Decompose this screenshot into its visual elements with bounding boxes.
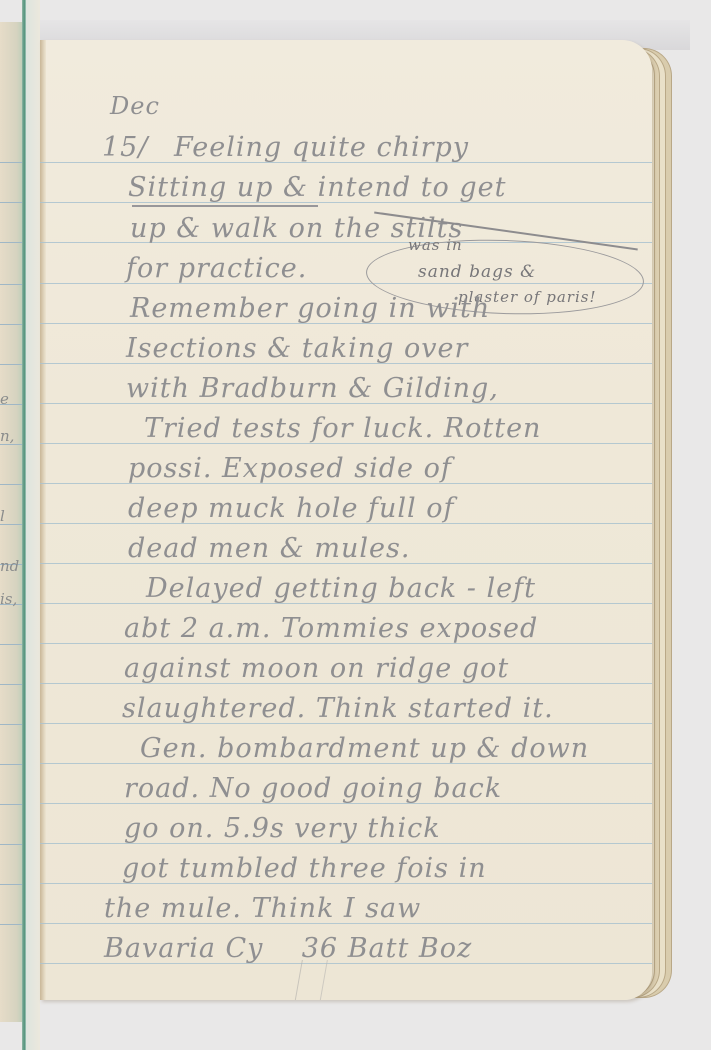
diary-line: against moon on ridge got [124, 653, 509, 684]
rule-line [0, 644, 24, 645]
diary-line: Delayed getting back - left [146, 573, 536, 604]
previous-page-text: l [0, 507, 5, 525]
diary-line: abt 2 a.m. Tommies exposed [124, 613, 538, 644]
diary-line: for practice. [126, 253, 307, 284]
previous-page-text: n, [0, 427, 14, 445]
previous-page-text: nd [0, 557, 19, 575]
diary-line: with Bradburn & Gilding, [126, 373, 499, 404]
margin-note-line: sand bags & [418, 262, 536, 282]
previous-page-text: is, [0, 590, 17, 608]
diary-line: possi. Exposed side of [128, 453, 452, 484]
rule-line [0, 162, 24, 163]
diary-line: Feeling quite chirpy [174, 132, 469, 163]
diary-line: deep muck hole full of [128, 493, 455, 524]
rule-line [0, 924, 24, 925]
diary-line: Remember going in with [130, 293, 490, 324]
rule-line [0, 364, 24, 365]
rule-line [0, 724, 24, 725]
diary-line: Sitting up & intend to get [128, 172, 507, 203]
previous-page-edge: e n, l nd is, [0, 22, 24, 1022]
diary-line: the mule. Think I saw [104, 893, 421, 924]
rule-line [0, 484, 24, 485]
page-gutter [40, 40, 46, 1000]
diary-line: dead men & mules. [128, 533, 410, 564]
rule-line [0, 804, 24, 805]
diary-line: go on. 5.9s very thick [124, 813, 441, 844]
diary-line: road. No good going back [124, 773, 502, 804]
rule-line [0, 284, 24, 285]
diary-line: Gen. bombardment up & down [140, 733, 589, 764]
notebook-spine [26, 0, 40, 1050]
pencil-smudge [294, 960, 328, 1000]
diary-line: got tumbled three fois in [122, 853, 487, 884]
rule-line [0, 684, 24, 685]
margin-note-line: was in [408, 236, 463, 254]
rule-line [0, 884, 24, 885]
entry-day: 15/ [102, 132, 148, 163]
rule-line [0, 202, 24, 203]
rule-line [0, 764, 24, 765]
entry-month: Dec [110, 92, 160, 120]
diary-line: Bavaria Cy 36 Batt Boz [104, 933, 472, 964]
notebook-page: Dec 15/ Feeling quite chirpy Sitting up … [40, 40, 652, 1000]
diary-line: Tried tests for luck. Rotten [144, 413, 541, 444]
previous-page-text: e [0, 390, 9, 408]
rule-line [0, 324, 24, 325]
rule-line [0, 844, 24, 845]
rule-line [0, 242, 24, 243]
diary-line: slaughtered. Think started it. [122, 693, 554, 724]
underline-mark [132, 205, 318, 207]
diary-line: Isections & taking over [126, 333, 468, 364]
